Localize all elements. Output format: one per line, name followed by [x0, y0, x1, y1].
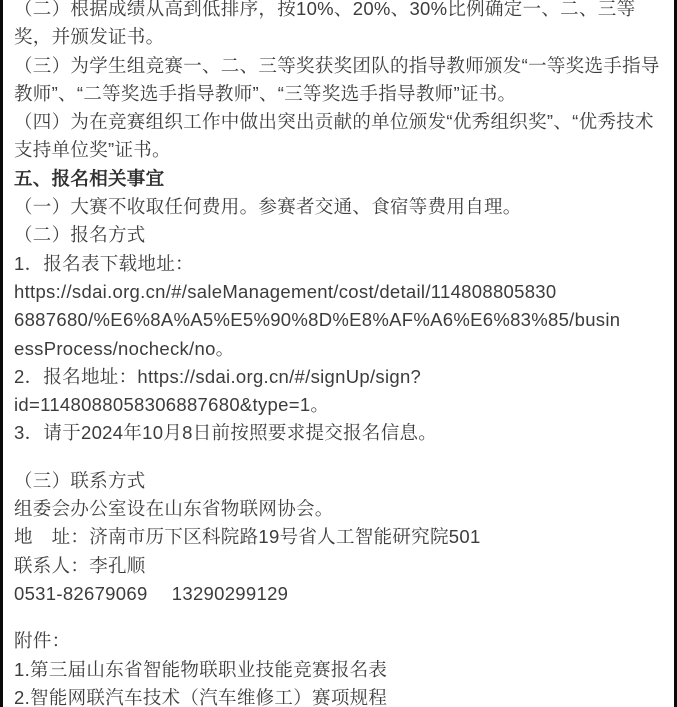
- paragraph: 0531-82679069 13290299129: [14, 580, 663, 608]
- paragraph: （三）联系方式: [14, 467, 663, 495]
- paragraph-gap: [14, 608, 663, 627]
- paragraph: （一）大赛不收取任何费用。参赛者交通、食宿等费用自理。: [14, 193, 663, 221]
- text-line: 组委会办公室设在山东省物联网协会。: [14, 495, 663, 523]
- text-line: 教师”、“二等奖选手指导教师”、“三等奖选手指导教师”证书。: [14, 80, 663, 108]
- paragraph: https://sdai.org.cn/#/saleManagement/cos…: [14, 278, 663, 363]
- text-line: 2．报名地址：https://sdai.org.cn/#/signUp/sign…: [14, 363, 663, 391]
- text-line: （三）联系方式: [14, 467, 663, 495]
- paragraph: （四）为在竞赛组织工作中做出突出贡献的单位颁发“优秀组织奖”、“优秀技术支持单位…: [14, 108, 663, 165]
- paragraph: 地 址：济南市历下区科院路19号省人工智能研究院501: [14, 523, 663, 551]
- text-line: 地 址：济南市历下区科院路19号省人工智能研究院501: [14, 523, 663, 551]
- text-line: 2.智能网联汽车技术（汽车维修工）赛项规程: [14, 684, 663, 707]
- text-line: （四）为在竞赛组织工作中做出突出贡献的单位颁发“优秀组织奖”、“优秀技术: [14, 108, 663, 136]
- paragraph: 2．报名地址：https://sdai.org.cn/#/signUp/sign…: [14, 363, 663, 420]
- text-line: 五、报名相关事宜: [14, 165, 663, 193]
- paragraph: （二）报名方式: [14, 221, 663, 249]
- text-line: https://sdai.org.cn/#/saleManagement/cos…: [14, 278, 663, 306]
- text-line: 1.第三届山东省智能物联职业技能竞赛报名表: [14, 656, 663, 684]
- text-line: 3．请于2024年10月8日前按照要求提交报名信息。: [14, 419, 663, 447]
- paragraph: 1．报名表下载地址：: [14, 250, 663, 278]
- text-line: 6887680/%E6%8A%A5%E5%90%8D%E8%AF%A6%E6%8…: [14, 306, 663, 334]
- paragraph-gap: [14, 448, 663, 467]
- text-line: 附件：: [14, 627, 663, 655]
- paragraph: 组委会办公室设在山东省物联网协会。: [14, 495, 663, 523]
- section-heading: 五、报名相关事宜: [14, 165, 663, 193]
- text-line: （二）报名方式: [14, 221, 663, 249]
- text-line: essProcess/nocheck/no。: [14, 335, 663, 363]
- text-line: 联系人：李孔顺: [14, 552, 663, 580]
- text-line: （三）为学生组竞赛一、二、三等奖获奖团队的指导教师颁发“一等奖选手指导: [14, 52, 663, 80]
- article-page: （二）根据成绩从高到低排序，按10%、20%、30%比例确定一、二、三等奖，并颁…: [0, 0, 677, 707]
- text-line: （二）根据成绩从高到低排序，按10%、20%、30%比例确定一、二、三等: [14, 0, 663, 23]
- paragraph: 2.智能网联汽车技术（汽车维修工）赛项规程: [14, 684, 663, 707]
- paragraph: （三）为学生组竞赛一、二、三等奖获奖团队的指导教师颁发“一等奖选手指导教师”、“…: [14, 52, 663, 109]
- article-body: （二）根据成绩从高到低排序，按10%、20%、30%比例确定一、二、三等奖，并颁…: [3, 0, 674, 707]
- paragraph: （二）根据成绩从高到低排序，按10%、20%、30%比例确定一、二、三等奖，并颁…: [14, 0, 663, 52]
- paragraph: 1.第三届山东省智能物联职业技能竞赛报名表: [14, 656, 663, 684]
- text-line: 支持单位奖”证书。: [14, 136, 663, 164]
- text-line: 0531-82679069 13290299129: [14, 580, 663, 608]
- text-line: （一）大赛不收取任何费用。参赛者交通、食宿等费用自理。: [14, 193, 663, 221]
- paragraph: 附件：: [14, 627, 663, 655]
- paragraph: 3．请于2024年10月8日前按照要求提交报名信息。: [14, 419, 663, 447]
- paragraph: 联系人：李孔顺: [14, 552, 663, 580]
- text-line: 1．报名表下载地址：: [14, 250, 663, 278]
- text-line: id=1148088058306887680&type=1。: [14, 391, 663, 419]
- text-line: 奖，并颁发证书。: [14, 23, 663, 51]
